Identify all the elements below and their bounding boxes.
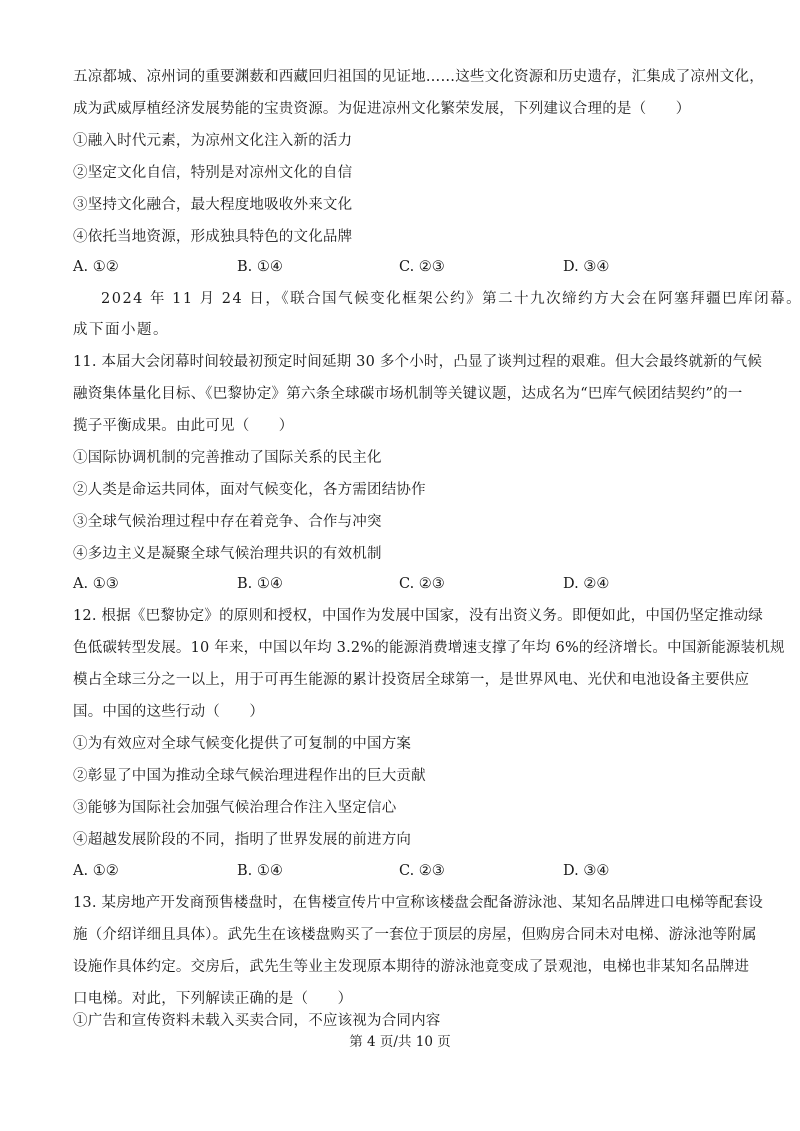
q12-stem-line-3: 模占全球三分之一以上，用于可再生能源的累计投资居全球第一，是世界风电、光伏和电池… <box>73 670 749 690</box>
q10-stem-line-1: 五凉都城、凉州词的重要渊薮和西藏回归祖国的见证地……这些文化资源和历史遗存，汇集… <box>73 67 764 87</box>
q12-stem-line-2: 色低碳转型发展。10 年来，中国以年均 3.2%的能源消费增速支撑了年均 6%的… <box>73 638 785 658</box>
q13-stem-line-3: 设施作具体约定。交房后，武先生等业主发现原本期待的游泳池竟变成了景观池，电梯也非… <box>73 957 749 977</box>
q12-item-3: ③能够为国际社会加强气候治理合作注入坚定信心 <box>73 798 396 818</box>
q13-stem-line-4: 口电梯。对此，下列解读正确的是（ ） <box>73 989 352 1009</box>
q13-stem-line-2: 施（介绍详细且具体）。武先生在该楼盘购买了一套位于顶层的房屋，但购房合同未对电梯… <box>73 925 757 945</box>
q11-item-1: ①国际协调机制的完善推动了国际关系的民主化 <box>73 448 382 468</box>
q11-stem-line-1: 11. 本届大会闭幕时间较最初预定时间延期 30 多个小时，凸显了谈判过程的艰难… <box>73 352 762 372</box>
q10-option-a: A. ①② <box>73 257 119 277</box>
q11-option-a: A. ①③ <box>73 574 119 594</box>
q11-stem-line-2: 融资集体量化目标、《巴黎协定》第六条全球碳市场机制等关键议题，达成名为“巴库气候… <box>73 384 742 404</box>
q13-item-1: ①广告和宣传资料未载入买卖合同，不应该视为合同内容 <box>73 1011 441 1031</box>
material-intro-line-2: 成下面小题。 <box>73 320 169 340</box>
q12-option-c: C. ②③ <box>399 861 445 881</box>
q10-option-d: D. ③④ <box>563 257 609 277</box>
page-number-footer: 第 4 页/共 10 页 <box>0 1033 800 1051</box>
q11-option-d: D. ②④ <box>563 574 609 594</box>
q12-stem-line-4: 国。中国的这些行动（ ） <box>73 702 264 722</box>
q11-item-4: ④多边主义是凝聚全球气候治理共识的有效机制 <box>73 544 382 564</box>
q12-stem-line-1: 12. 根据《巴黎协定》的原则和授权，中国作为发展中国家，没有出资义务。即便如此… <box>73 606 763 626</box>
q12-item-2: ②彰显了中国为推动全球气候治理进程作出的巨大贡献 <box>73 766 426 786</box>
q12-item-1: ①为有效应对全球气候变化提供了可复制的中国方案 <box>73 734 411 754</box>
q13-stem-line-1: 13. 某房地产开发商预售楼盘时，在售楼宣传片中宣称该楼盘会配备游泳池、某知名品… <box>73 893 763 913</box>
q11-stem-line-3: 揽子平衡成果。由此可见（ ） <box>73 416 294 436</box>
q10-option-b: B. ①④ <box>237 257 283 277</box>
q11-item-2: ②人类是命运共同体，面对气候变化，各方需团结协作 <box>73 480 426 500</box>
q12-option-d: D. ③④ <box>563 861 609 881</box>
q10-item-3: ③坚持文化融合，最大程度地吸收外来文化 <box>73 195 352 215</box>
q11-option-c: C. ②③ <box>399 574 445 594</box>
exam-page: 五凉都城、凉州词的重要渊薮和西藏回归祖国的见证地……这些文化资源和历史遗存，汇集… <box>0 0 800 1131</box>
q12-option-b: B. ①④ <box>237 861 283 881</box>
q10-item-4: ④依托当地资源，形成独具特色的文化品牌 <box>73 227 352 247</box>
q12-item-4: ④超越发展阶段的不同，指明了世界发展的前进方向 <box>73 830 411 850</box>
q10-item-1: ①融入时代元素，为凉州文化注入新的活力 <box>73 131 352 151</box>
q10-stem-line-2: 成为武威厚植经济发展势能的宝贵资源。为促进凉州文化繁荣发展，下列建议合理的是（ … <box>73 99 690 119</box>
q11-item-3: ③全球气候治理过程中存在着竞争、合作与冲突 <box>73 512 382 532</box>
q12-option-a: A. ①② <box>73 861 119 881</box>
material-intro-line-1: 2024 年 11 月 24 日，《联合国气候变化框架公约》第二十九次缔约方大会… <box>101 289 800 309</box>
q10-option-c: C. ②③ <box>399 257 445 277</box>
q10-item-2: ②坚定文化自信，特别是对凉州文化的自信 <box>73 163 352 183</box>
q11-option-b: B. ①④ <box>237 574 283 594</box>
